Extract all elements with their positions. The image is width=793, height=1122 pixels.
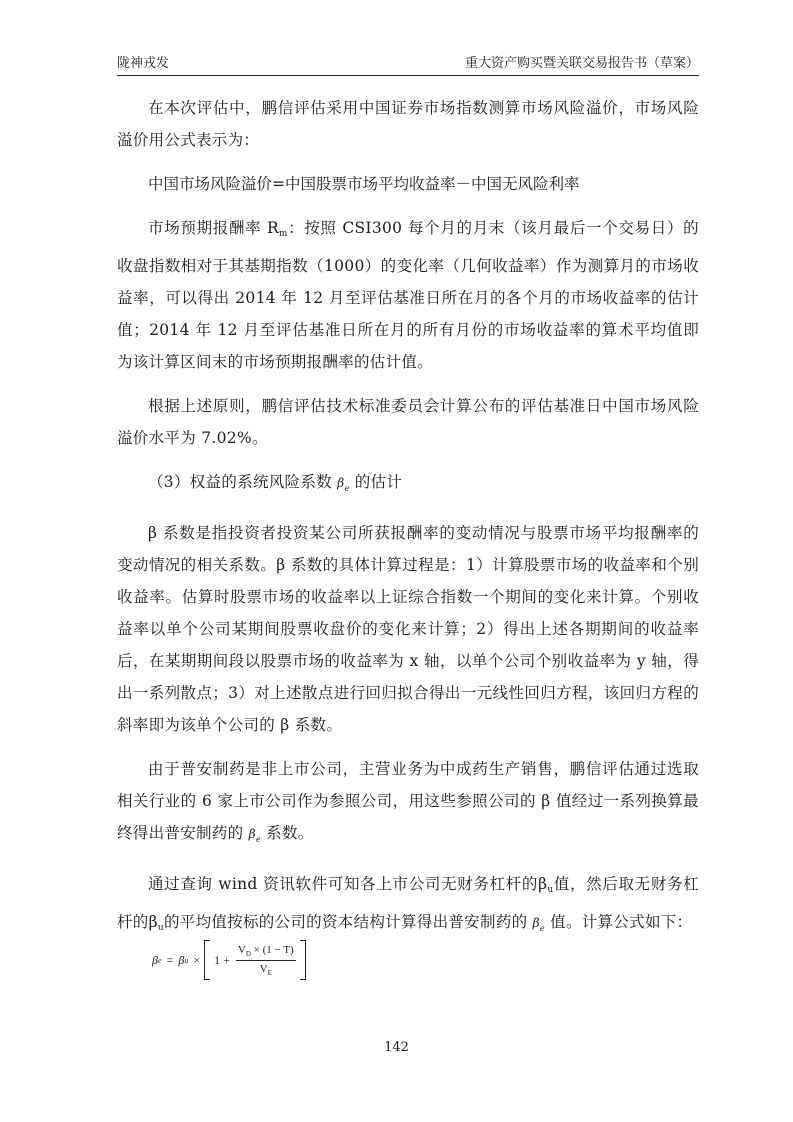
paragraph-risk-premium-intro: 在本次评估中，鹏信评估采用中国证券市场指数测算市场风险溢价，市场风险溢价用公式表… [117,92,699,156]
subscript: m [279,229,288,239]
text: 的平均值按标的公司的资本结构计算得出普安制药的 [164,913,533,931]
text: 通过查询 wind 资讯软件可知各上市公司无财务杠杆的β [148,875,547,893]
paragraph-risk-premium-value: 根据上述原则，鹏信评估技术标准委员会计算公布的评估基准日中国市场风险溢价水平为 … [117,390,699,454]
text: （3）权益的系统风险系数 [148,473,337,491]
text: V [260,963,268,975]
beta-symbol: β [533,916,540,930]
page-number: 142 [0,1040,793,1055]
paragraph-wind-query: 通过查询 wind 资讯软件可知各上市公司无财务杠杆的βu值，然后取无财务杠杆的… [117,868,699,945]
text: V [238,944,246,956]
times-sign: × [193,953,200,968]
fraction: VD × (1 − T) VE [236,944,296,977]
subscript: E [268,969,272,977]
subscript: e [158,956,162,965]
left-bracket [204,940,210,980]
numerator: VD × (1 − T) [236,944,296,961]
text: 的估计 [350,473,403,491]
subscript: D [246,950,251,958]
paragraph-beta-definition: β 系数是指投资者投资某公司所获报酬率的变动情况与股票市场平均报酬率的变动情况的… [117,517,699,741]
levered-beta-formula: βe = βu × 1 + VD × (1 − T) VE [152,938,306,982]
section-heading-beta: （3）权益的系统风险系数 βe 的估计 [117,466,699,505]
equals-sign: = [167,953,174,968]
text: ：按照 CSI300 每个月的月末（该月最后一个交易日）的收盘指数相对于其基期指… [117,219,699,371]
text: 值。计算公式如下： [545,913,692,931]
paragraph-reference-companies: 由于普安制药是非上市公司，主营业务为中成药生产销售，鹏信评估通过选取相关行业的 … [117,753,699,856]
header-company: 陇神戎发 [117,56,169,72]
risk-premium-formula: 中国市场风险溢价=中国股票市场平均收益率－中国无风险利率 [117,168,699,200]
page-body: 在本次评估中，鹏信评估采用中国证券市场指数测算市场风险溢价，市场风险溢价用公式表… [117,92,699,957]
page-header: 陇神戎发 重大资产购买暨关联交易报告书（草案） [117,48,699,76]
text: 由于普安制药是非上市公司，主营业务为中成药生产销售，鹏信评估通过选取相关行业的 … [117,760,699,842]
text: 市场预期报酬率 R [148,219,279,237]
right-bracket [300,940,306,980]
denominator: VE [260,961,272,977]
header-doc-title: 重大资产购买暨关联交易报告书（草案） [465,56,699,72]
one-plus: 1 + [214,953,230,968]
subscript: u [184,956,188,965]
text: × (1 − T) [254,944,294,956]
paragraph-market-return: 市场预期报酬率 Rm：按照 CSI300 每个月的月末（该月最后一个交易日）的收… [117,212,699,378]
beta-symbol: β [249,827,256,841]
text: 系数。 [261,824,314,842]
